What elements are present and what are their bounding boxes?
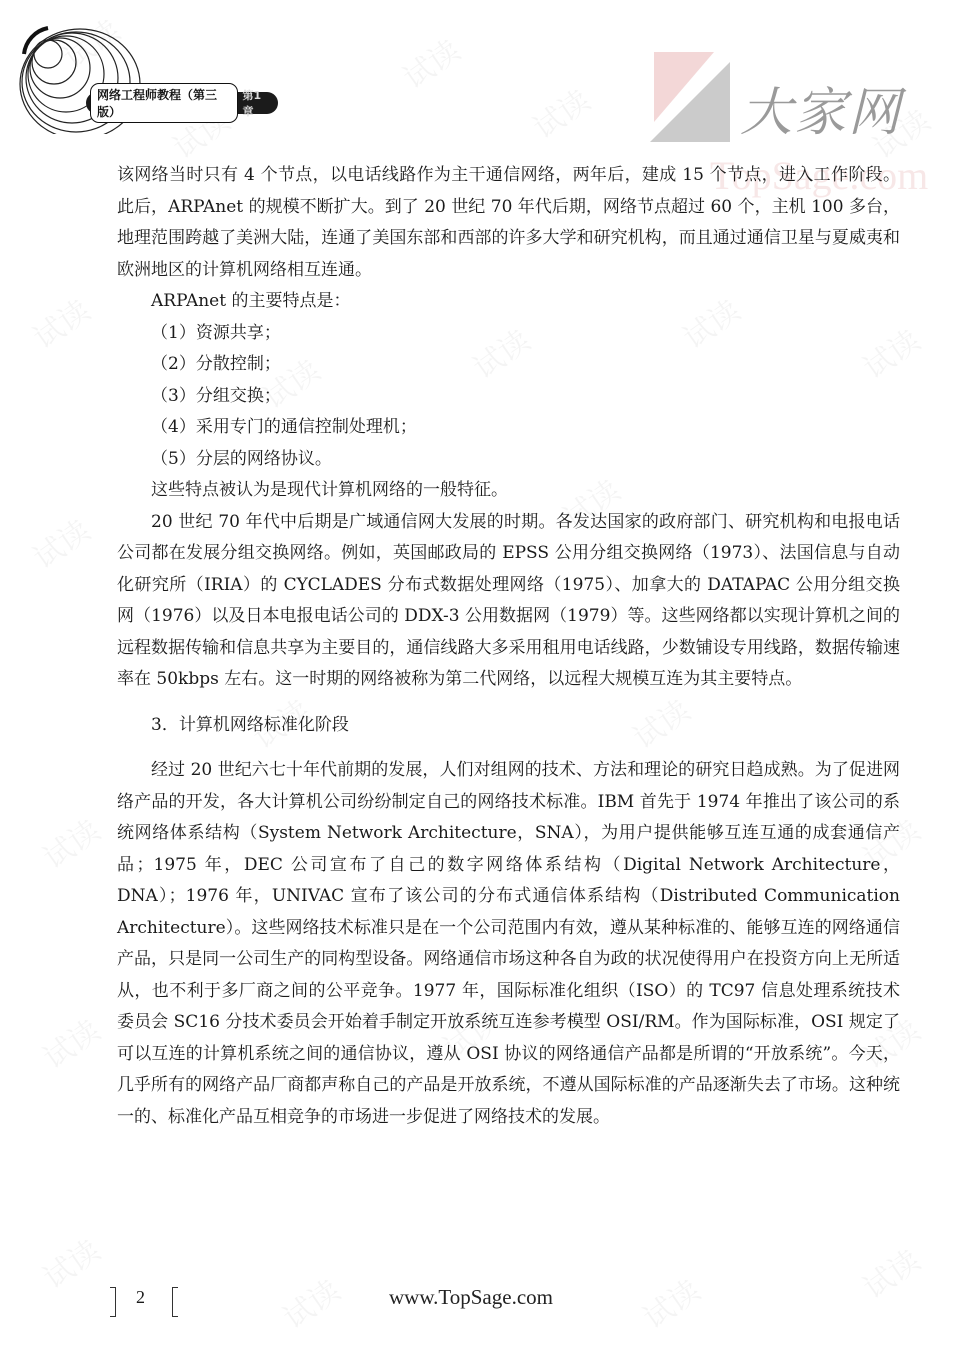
footer-url: www.TopSage.com <box>389 1285 553 1310</box>
watermark-text: 试读 <box>23 287 97 357</box>
book-title: 网络工程师教程（第三版） <box>90 83 238 123</box>
page-footer: 2 www.TopSage.com <box>0 1283 960 1323</box>
brand-watermark-logo: 大家网 TopSage.com <box>650 52 910 152</box>
page-body: 该网络当时只有 4 个节点，以电话线路作为主干通信网络，两年后，建成 15 个节… <box>117 160 900 1133</box>
paragraph-standardization: 经过 20 世纪六七十年代前期的发展，人们对组网的技术、方法和理论的研究日趋成熟… <box>117 755 900 1133</box>
paragraph-wan-development: 20 世纪 70 年代中后期是广域通信网大发展的时期。各发达国家的政府部门、研究… <box>117 507 900 696</box>
brand-triangle-icon <box>650 62 730 142</box>
watermark-text: 试读 <box>23 507 97 577</box>
watermark-text: 试读 <box>523 77 597 147</box>
features-intro: ARPAnet 的主要特点是： <box>117 286 900 318</box>
brand-logo-text: 大家网 <box>740 70 902 145</box>
feature-item: （2）分散控制； <box>117 349 900 381</box>
feature-item: （5）分层的网络协议。 <box>117 444 900 476</box>
watermark-text: 试读 <box>33 1007 107 1077</box>
section-heading: 3．计算机网络标准化阶段 <box>117 710 900 742</box>
feature-item: （1）资源共享； <box>117 318 900 350</box>
left-bracket-icon <box>110 1287 116 1317</box>
page-number: 2 <box>136 1287 145 1308</box>
watermark-text: 试读 <box>393 27 467 97</box>
feature-item: （3）分组交换； <box>117 381 900 413</box>
book-title-band: 网络工程师教程（第三版） 第1章 <box>86 92 278 114</box>
book-header-logo: 网络工程师教程（第三版） 第1章 <box>18 14 278 134</box>
right-bracket-icon <box>172 1287 178 1317</box>
chapter-label: 第1章 <box>243 87 271 119</box>
feature-item: （4）采用专门的通信控制处理机； <box>117 412 900 444</box>
paragraph-arpanet-growth: 该网络当时只有 4 个节点，以电话线路作为主干通信网络，两年后，建成 15 个节… <box>117 160 900 286</box>
features-summary: 这些特点被认为是现代计算机网络的一般特征。 <box>117 475 900 507</box>
watermark-text: 试读 <box>33 807 107 877</box>
